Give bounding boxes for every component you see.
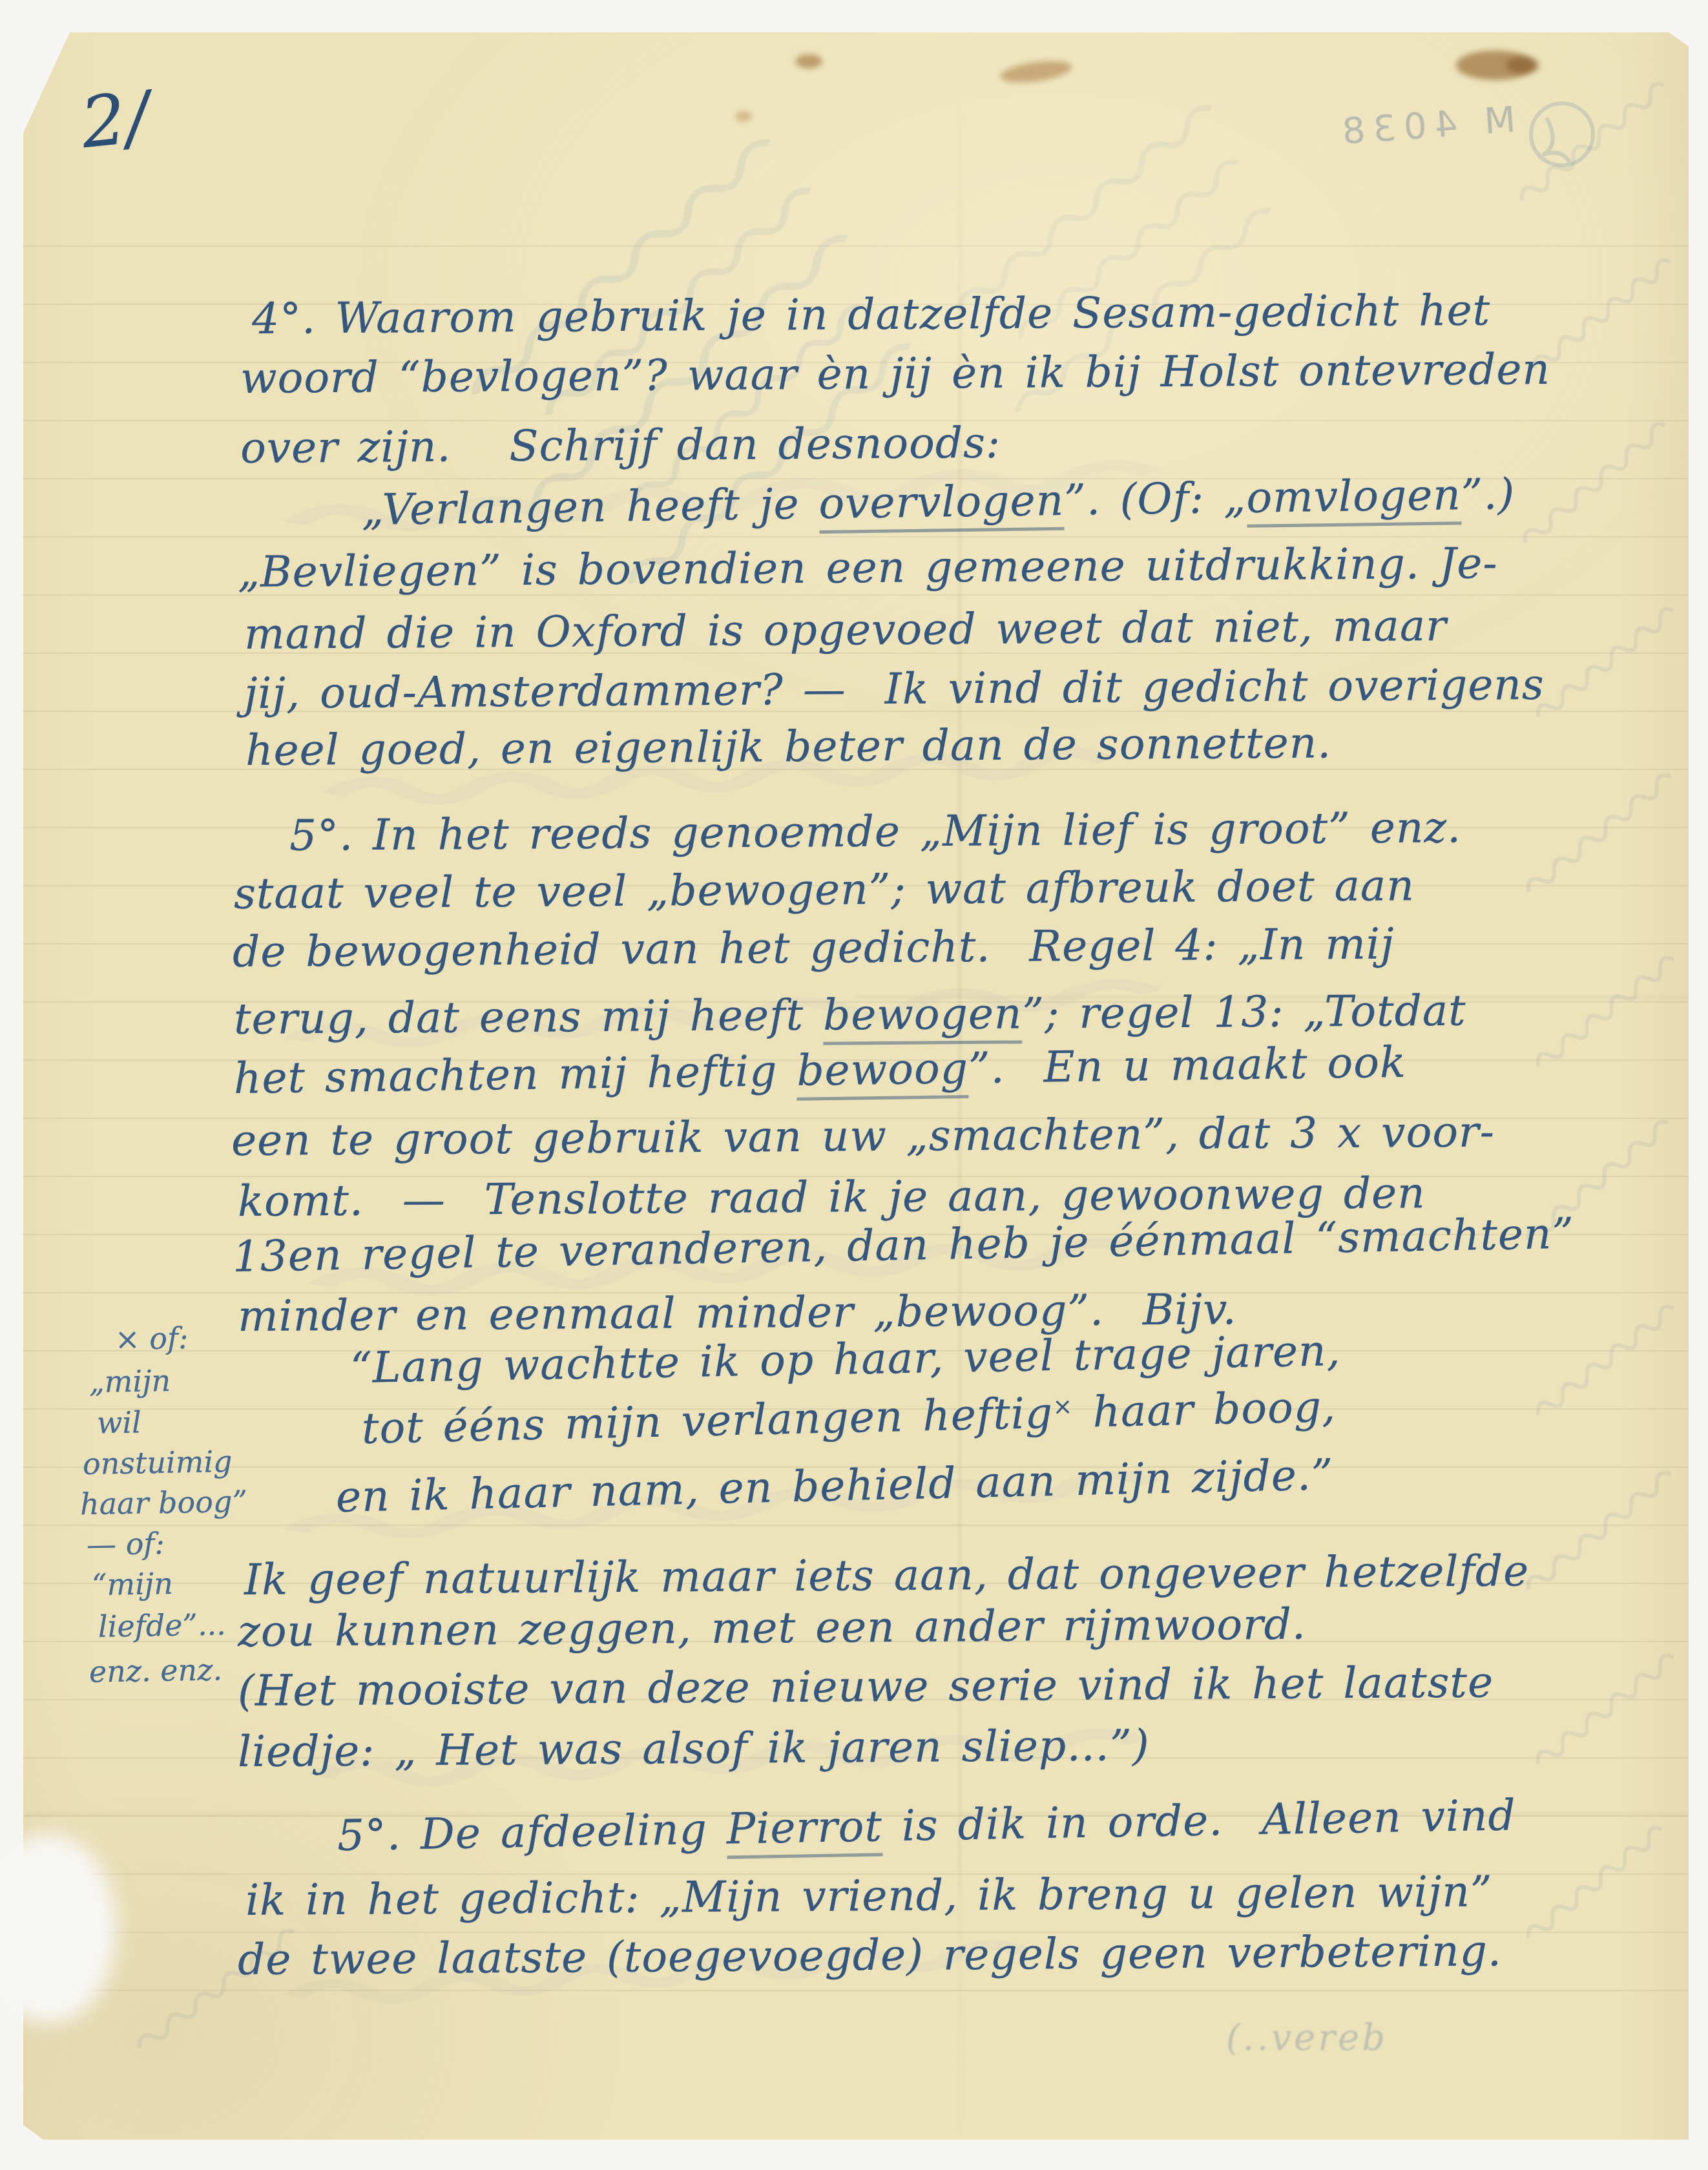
handwriting-line: zou kunnen zeggen, met een ander rijmwoo… <box>238 1598 1306 1658</box>
text-run: staat veel te veel „bewogen”; wat afbreu… <box>234 861 1415 919</box>
text-run: „Verlangen heeft je <box>361 479 819 535</box>
handwriting-line: 5°. De afdeeling Pierrot is dik in orde.… <box>337 1789 1516 1862</box>
stain <box>999 57 1073 86</box>
text-run: 5°. De afdeeling <box>337 1804 727 1861</box>
margin-note-line: haar boog” <box>80 1485 248 1521</box>
handwriting-line: ik in het gedicht: „Mijn vriend, ik bren… <box>245 1866 1493 1926</box>
stain <box>735 111 752 121</box>
underlined-word: overvlogen <box>818 475 1065 534</box>
margin-note-line: — of: <box>87 1527 165 1561</box>
text-run: de twee laatste (toegevoegde) regels gee… <box>238 1926 1502 1985</box>
stain <box>1456 50 1535 80</box>
handwriting-line: over zijn. Schrijf dan desnoods: <box>240 417 1001 474</box>
text-run: 4°. Waarom gebruik je in datzelfde Sesam… <box>252 286 1491 344</box>
handwriting-line: „Bevliegen” is bovendien een gemeene uit… <box>238 537 1498 598</box>
margin-note-line: × of: <box>115 1321 189 1356</box>
handwriting-line: 5°. In het reeds genoemde „Mijn lief is … <box>289 802 1462 862</box>
handwriting-line: woord “bevlogen”? waar èn jij èn ik bij … <box>240 344 1550 404</box>
handwriting-line: mand die in Oxford is opgevoed weet dat … <box>244 600 1447 660</box>
margin-note-line: “mijn <box>92 1567 174 1601</box>
handwriting-line: en ik haar nam, en behield aan mijn zijd… <box>335 1449 1334 1523</box>
archive-stamp-mirrored: M 4038 <box>1307 97 1543 155</box>
text-run: haar boog, <box>1073 1382 1337 1437</box>
text-run: woord “bevlogen”? waar èn jij èn ik bij … <box>240 344 1550 403</box>
text-run: over zijn. Schrijf dan desnoods: <box>240 418 1001 473</box>
bleedthrough-note: (..vereb <box>1226 2017 1388 2059</box>
stain <box>795 54 822 68</box>
handwriting-line: liedje: „ Het was alsof ik jaren sliep…”… <box>238 1720 1150 1778</box>
text-run: 5°. In het reeds genoemde „Mijn lief is … <box>289 802 1462 861</box>
handwriting-line: „Verlangen heeft je overvlogen”. (Of: „o… <box>361 468 1515 536</box>
text-run: heel goed, en eigenlijk beter dan de son… <box>245 718 1332 775</box>
text-run: zou kunnen zeggen, met een ander rijmwoo… <box>238 1599 1306 1656</box>
margin-note-line: „mijn <box>89 1364 171 1399</box>
underlined-word: omvlogen <box>1246 470 1461 528</box>
text-run: ik in het gedicht: „Mijn vriend, ik bren… <box>245 1867 1493 1925</box>
handwriting-line: het smachten mij heftig bewoog”. En u ma… <box>233 1037 1406 1105</box>
text-run: jij, oud-Amsterdammer? — Ik vind dit ged… <box>244 660 1545 718</box>
page-number: 2/ <box>78 77 154 164</box>
handwriting-line: jij, oud-Amsterdammer? — Ik vind dit ged… <box>244 659 1545 720</box>
text-run: Ik geef natuurlijk maar iets aan, dat on… <box>244 1546 1530 1605</box>
letter-page: 2/ M 4038 4°. Waarom gebruik je in datze… <box>23 32 1689 2140</box>
text-run: tot ééns mijn verlangen heftig <box>361 1388 1054 1454</box>
handwriting-line: heel goed, en eigenlijk beter dan de son… <box>245 717 1332 777</box>
text-run: de bewogenheid van het gedicht. Regel 4:… <box>233 919 1395 977</box>
margin-note-line: liefde”... <box>98 1607 227 1643</box>
text-run: ”.) <box>1461 469 1515 519</box>
margin-note-line: wil <box>97 1405 142 1439</box>
text-run: ”. En u maakt ook <box>968 1038 1406 1093</box>
handwriting-line: de twee laatste (toegevoegde) regels gee… <box>238 1925 1502 1986</box>
underlined-word: bewogen <box>823 988 1023 1045</box>
text-run: terug, dat eens mij heeft <box>234 990 824 1044</box>
text-run: ”; regel 13: „Totdat <box>1022 986 1466 1039</box>
text-run: ”. (Of: „ <box>1064 473 1247 525</box>
handwriting-line: Ik geef natuurlijk maar iets aan, dat on… <box>244 1545 1530 1606</box>
text-run: „Bevliegen” is bovendien een gemeene uit… <box>238 538 1498 597</box>
text-run: mand die in Oxford is opgevoed weet dat … <box>244 601 1447 659</box>
underlined-word: bewoog <box>797 1043 969 1101</box>
asterisk-mark: × <box>1052 1392 1073 1421</box>
scan-background: { "page": { "number": "2/", "stamp": "M … <box>0 0 1708 2170</box>
handwriting-line: (Het mooiste van deze nieuwe serie vind … <box>238 1656 1494 1717</box>
handwriting-line: tot ééns mijn verlangen heftig× haar boo… <box>361 1381 1337 1461</box>
stain <box>1506 57 1539 74</box>
handwriting-line: 4°. Waarom gebruik je in datzelfde Sesam… <box>252 285 1491 345</box>
text-run: het smachten mij heftig <box>233 1046 797 1103</box>
text-run: en ik haar nam, en behield aan mijn zijd… <box>335 1450 1334 1522</box>
margin-note-line: onstuimig <box>83 1445 233 1481</box>
handwriting-line: staat veel te veel „bewogen”; wat afbreu… <box>234 860 1415 920</box>
text-run: liedje: „ Het was alsof ik jaren sliep…”… <box>238 1720 1150 1777</box>
handwriting-line: de bewogenheid van het gedicht. Regel 4:… <box>233 918 1395 978</box>
text-run: (Het mooiste van deze nieuwe serie vind … <box>238 1657 1494 1716</box>
handwriting-line: terug, dat eens mij heeft bewogen”; rege… <box>234 985 1466 1045</box>
text-run: is dik in orde. Alleen vind <box>882 1790 1516 1851</box>
margin-note-line: enz. enz. <box>89 1653 223 1689</box>
handwriting-line: een te groot gebruik van uw „smachten”, … <box>231 1106 1495 1167</box>
text-run: een te groot gebruik van uw „smachten”, … <box>231 1107 1495 1165</box>
underlined-word: Pierrot <box>726 1801 882 1859</box>
